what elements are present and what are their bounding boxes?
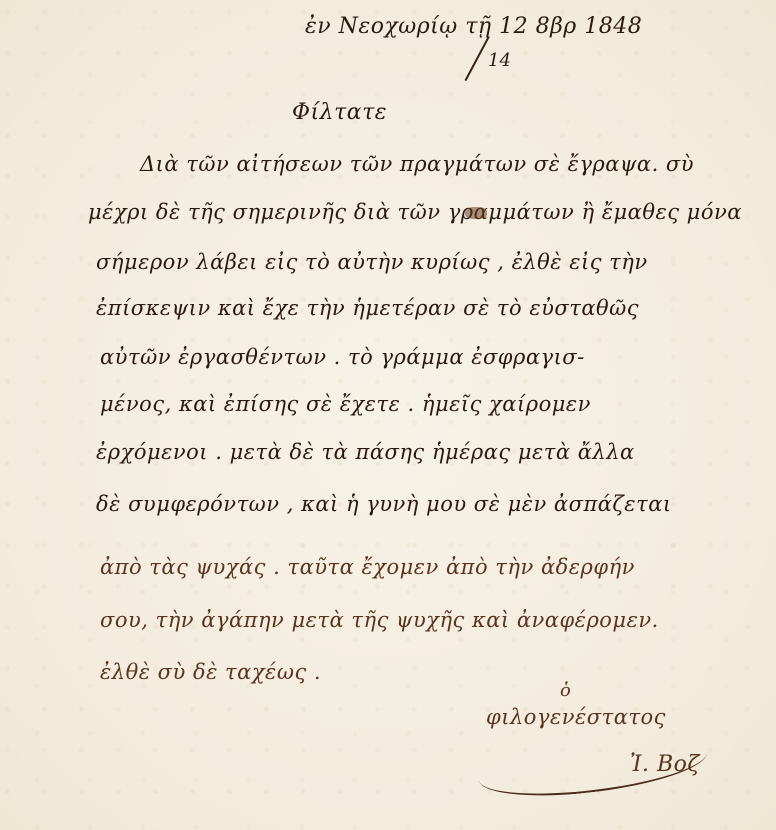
closing-article: ὁ [560,680,571,701]
place-date-line: ἐν Νεοχωρίῳ τῇ 12 8βρ 1848 [305,14,642,39]
body-line-1: Διὰ τῶν αἰτήσεων τῶν πραγμάτων σὲ ἔγραψα… [140,152,694,176]
body-line-9: ἀπὸ τὰς ψυχάς . ταῦτα ἔχομεν ἀπὸ τὴν ἀδε… [100,555,635,579]
body-line-2: μέχρι δὲ τῆς σημερινῆς διὰ τῶν γραμμάτων… [88,200,742,224]
closing-phrase: φιλογενέστατος [486,705,666,729]
date-slash-mark [465,36,490,81]
ink-blot [465,207,487,219]
date-day-subscript: 14 [488,50,511,71]
body-line-11: ἐλθὲ σὺ δὲ ταχέως . [100,660,321,684]
body-line-3: σήμερον λάβει εἰς τὸ αὐτὴν κυρίως , ἐλθὲ… [96,250,648,274]
body-line-6: μένος, καὶ ἐπίσης σὲ ἔχετε . ἡμεῖς χαίρο… [100,392,591,416]
body-line-8: δὲ συμφερόντων , καὶ ἡ γυνὴ μου σὲ μὲν ἀ… [96,492,672,516]
salutation: Φίλτατε [292,100,387,125]
body-line-5: αὐτῶν ἐργασθέντων . τὸ γράμμα ἐσφραγισ- [100,345,585,369]
letter-page: ἐν Νεοχωρίῳ τῇ 12 8βρ 1848 14 Φίλτατε Δι… [0,0,776,830]
signature-flourish [476,728,710,804]
body-line-7: ἐρχόμενοι . μετὰ δὲ τὰ πάσης ἡμέρας μετὰ… [96,440,635,464]
body-line-4: ἐπίσκεψιν καὶ ἔχε τὴν ἡμετέραν σὲ τὸ εὐσ… [96,296,639,320]
body-line-10: σου, τὴν ἀγάπην μετὰ τῆς ψυχῆς καὶ ἀναφέ… [100,608,659,632]
